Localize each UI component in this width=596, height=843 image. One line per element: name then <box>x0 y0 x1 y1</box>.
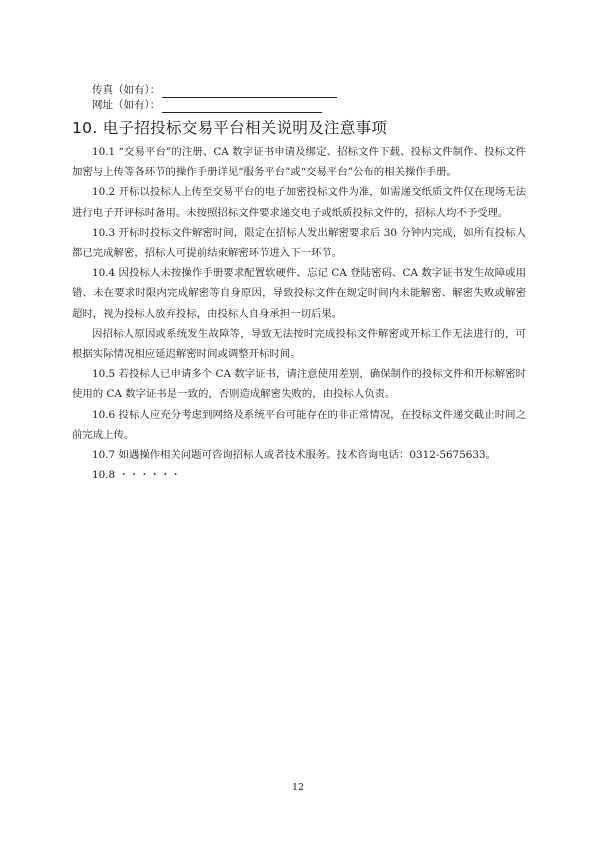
paragraph-10-8: 10.8 ・・・・・・ <box>72 465 526 485</box>
paragraph-10-3: 10.3 开标时投标文件解密时间，限定在招标人发出解密要求后 30 分钟内完成，… <box>72 223 526 263</box>
paragraph-10-6: 10.6 投标人应充分考虑到网络及系统平台可能存在的非正常情况，在投标文件递交截… <box>72 405 526 445</box>
fax-label: 传真（如有）： <box>92 84 160 96</box>
website-blank-underline <box>162 100 322 113</box>
fax-field: 传真（如有）： <box>92 82 337 98</box>
paragraph-10-2: 10.2 开标以投标人上传至交易平台的电子加密投标文件为准，如需递交纸质文件仅在… <box>72 182 526 222</box>
paragraph-10-4-note: 因招标人原因或系统发生故障等，导致无法按时完成投标文件解密或开标工作无法进行的，… <box>72 324 526 364</box>
paragraph-10-1: 10.1 “交易平台”的注册、CA 数字证书申请及绑定、招标文件下载、投标文件制… <box>72 142 526 182</box>
document-page: 传真（如有）： 网址（如有）： 10. 电子招投标交易平台相关说明及注意事项 1… <box>0 0 596 843</box>
paragraph-10-5: 10.5 若投标人已申请多个 CA 数字证书，请注意使用差别，确保制作的投标文件… <box>72 364 526 404</box>
website-field: 网址（如有）： <box>92 97 322 113</box>
paragraph-10-7: 10.7 如遇操作相关问题可咨询招标人或者技术服务。技术咨询电话：0312-56… <box>72 445 526 465</box>
page-number: 12 <box>0 782 596 793</box>
section-body: 10.1 “交易平台”的注册、CA 数字证书申请及绑定、招标文件下载、投标文件制… <box>72 142 526 485</box>
website-label: 网址（如有）： <box>92 99 160 111</box>
section-heading: 10. 电子招投标交易平台相关说明及注意事项 <box>72 118 387 138</box>
paragraph-10-4: 10.4 因投标人未按操作手册要求配置软硬件、忘记 CA 登陆密码、CA 数字证… <box>72 263 526 324</box>
